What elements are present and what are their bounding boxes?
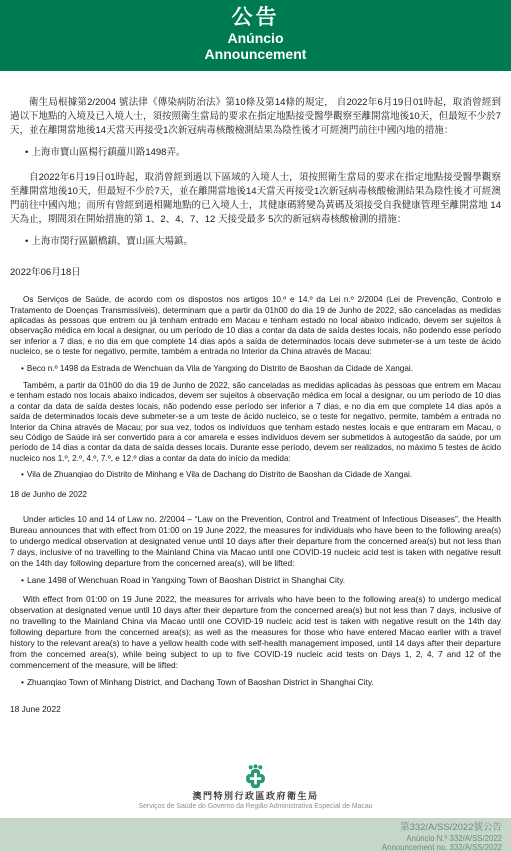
org-name-pt: Serviços de Saúde do Governo da Região A… bbox=[0, 802, 511, 811]
list-item-pt-1-text: Beco n.º 1498 da Estrada de Wenchuan da … bbox=[27, 364, 413, 373]
list-item-zh-1: •上海市寶山區楊行鎮蘊川路1498弄。 bbox=[10, 146, 501, 160]
list-item-zh-1-text: 上海市寶山區楊行鎮蘊川路1498弄。 bbox=[31, 147, 185, 158]
date-pt: 18 de Junho de 2022 bbox=[10, 490, 501, 499]
bullet-icon: • bbox=[21, 470, 24, 480]
page-title-zh: 公告 bbox=[0, 5, 511, 30]
list-item-zh-2: •上海市閔行區顓橋鎮、寶山區大場鎮。 bbox=[10, 235, 501, 249]
page-title-en: Announcement bbox=[0, 46, 511, 62]
list-item-en-1: •Lane 1498 of Wenchuan Road in Yangxing … bbox=[10, 575, 501, 586]
list-item-pt-1: •Beco n.º 1498 da Estrada de Wenchuan da… bbox=[10, 364, 501, 374]
page-title-pt: Anúncio bbox=[0, 30, 511, 46]
paragraph-zh-1: 衛生局根據第2/2004 號法律《傳染病防治法》第10條及第14條的規定， 自2… bbox=[10, 96, 501, 137]
date-en: 18 June 2022 bbox=[10, 704, 501, 714]
reference-number-pt: Anúncio N.º 332/A/SS/2022 bbox=[9, 834, 502, 843]
announcement-page: 公告 Anúncio Announcement 衛生局根據第2/2004 號法律… bbox=[0, 0, 511, 852]
date-zh: 2022年06月18日 bbox=[10, 264, 501, 278]
paragraph-en-2: With effect from 01:00 on 19 June 2022, … bbox=[10, 594, 501, 671]
health-bureau-logo-icon bbox=[244, 764, 267, 789]
list-item-zh-2-text: 上海市閔行區顓橋鎮、寶山區大場鎮。 bbox=[31, 236, 193, 247]
list-item-pt-2-text: Vila de Zhuanqiao do Distrito de Minhang… bbox=[27, 470, 412, 479]
reference-number-zh: 第332/A/SS/2022號公告 bbox=[9, 822, 502, 833]
list-item-en-1-text: Lane 1498 of Wenchuan Road in Yangxing T… bbox=[27, 575, 345, 585]
announcement-body: 衛生局根據第2/2004 號法律《傳染病防治法》第10條及第14條的規定， 自2… bbox=[0, 71, 511, 714]
paragraph-zh-2: 自2022年6月19日01時起，取消曾經到過以下區域的入境人士，須按照衛生當局的… bbox=[10, 171, 501, 226]
health-bureau-signature: 澳門特別行政區政府衛生局 Serviços de Saúde do Govern… bbox=[0, 764, 511, 818]
paragraph-pt-1: Os Serviços de Saúde, de acordo com os d… bbox=[10, 295, 501, 357]
org-name-zh: 澳門特別行政區政府衛生局 bbox=[0, 791, 511, 802]
list-item-en-2: •Zhuanqiao Town of Minhang District, and… bbox=[10, 677, 501, 688]
bullet-icon: • bbox=[21, 677, 24, 688]
list-item-pt-2: •Vila de Zhuanqiao do Distrito de Minhan… bbox=[10, 470, 501, 480]
bullet-icon: • bbox=[21, 575, 24, 586]
paragraph-pt-2: Também, a partir da 01h00 do dia 19 de J… bbox=[10, 381, 501, 464]
header-banner: 公告 Anúncio Announcement bbox=[0, 0, 511, 71]
list-item-en-2-text: Zhuanqiao Town of Minhang District, and … bbox=[27, 677, 374, 687]
paragraph-en-1: Under articles 10 and 14 of Law no. 2/20… bbox=[10, 514, 501, 569]
bullet-icon: • bbox=[25, 235, 28, 249]
bullet-icon: • bbox=[25, 146, 28, 160]
reference-strip: 第332/A/SS/2022號公告 Anúncio N.º 332/A/SS/2… bbox=[0, 818, 511, 852]
reference-number-en: Announcement no. 332/A/SS/2022 bbox=[9, 843, 502, 852]
bullet-icon: • bbox=[21, 364, 24, 374]
